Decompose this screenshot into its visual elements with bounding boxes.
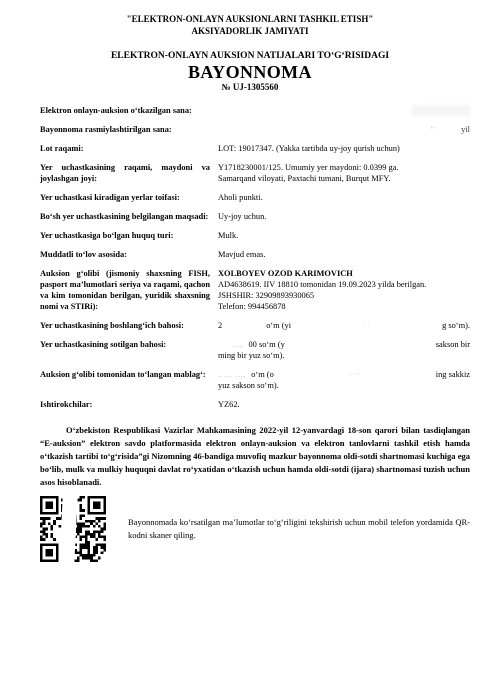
field-row-protocol-date: Bayonnoma rasmiylashtirilgan sana: ’’ yi… <box>40 124 470 135</box>
right-type-value: Mulk. <box>218 230 470 241</box>
winner-label: Auksion g‘olibi (jismoniy shaxsning FISH… <box>40 268 218 312</box>
parcel-value-line1: Y1718230001/125. Umumiy yer maydoni: 0.0… <box>218 162 470 173</box>
purpose-label: Bo‘sh yer uchastkasining belgilangan maq… <box>40 211 218 222</box>
lot-number-label: Lot raqami: <box>40 143 218 154</box>
organization-name-line1: "ELEKTRON-ONLAYN AUKSIONLARNI TASHKIL ET… <box>0 13 500 25</box>
redaction-remnant: · ·· <box>274 369 436 380</box>
sold-price-value-line2: ming bir yuz so‘m). <box>218 350 470 361</box>
redaction-remnant: ’’ <box>430 124 435 135</box>
installment-value: Mavjud emas. <box>218 249 470 260</box>
field-row-start-price: Yer uchastkasining boshlang‘ich bahosi: … <box>40 320 470 331</box>
parcel-value-line2: Samarqand viloyati, Paxtachi tumani, Bur… <box>218 173 470 184</box>
parcel-label: Yer uchastkasining raqami, maydoni va jo… <box>40 162 218 184</box>
start-price-fragment-2: o‘m (yi <box>266 320 291 331</box>
auction-date-label: Elektron onlayn-auksion o‘tkazilgan sana… <box>40 105 218 116</box>
qr-caption: Bayonnomada ko‘rsatilgan ma’lumotlar to‘… <box>128 516 470 542</box>
sold-price-label-wrap: Yer uchastkasining sotilgan bahosi: <box>40 339 218 361</box>
winner-jshshir: JSHSHIR: 32909893930065 <box>218 290 470 301</box>
start-price-fragment-3: g so‘m). <box>442 320 470 331</box>
right-type-label: Yer uchastkasiga bo‘lgan huquq turi: <box>40 230 218 241</box>
document-title: BAYONNOMA <box>0 62 500 82</box>
document-body: Elektron onlayn-auksion o‘tkazilgan sana… <box>0 105 500 562</box>
land-category-value: Aholi punkti. <box>218 192 470 203</box>
field-row-sold-price: Yer uchastkasining sotilgan bahosi: …, 0… <box>40 339 470 361</box>
sold-price-fragment-1: 00 so‘m (y <box>248 339 284 350</box>
paid-amount-value: .. … …, o‘m (o · ·· ing sakkiz yuz sakso… <box>218 369 470 391</box>
redaction-remnant: · · <box>291 320 442 331</box>
protocol-date-value: ’’ yil <box>218 124 470 135</box>
field-row-winner: Auksion g‘olibi (jismoniy shaxsning FISH… <box>40 268 470 312</box>
installment-label: Muddatli to‘lov asosida: <box>40 249 218 260</box>
document-header: "ELEKTRON-ONLAYN AUKSIONLARNI TASHKIL ET… <box>0 0 500 93</box>
document-subtitle: ELEKTRON-ONLAYN AUKSION NATIJALARI TO‘G‘… <box>0 50 500 62</box>
paid-amount-fragment-1: o‘m (o <box>251 369 274 380</box>
auction-date-value <box>218 105 470 116</box>
qr-code-box <box>40 496 106 562</box>
winner-phone: Telefon: 994456878 <box>218 301 470 312</box>
field-rows: Elektron onlayn-auksion o‘tkazilgan sana… <box>40 105 470 410</box>
sold-price-value-line1: …, 00 so‘m (y sakson bir <box>218 339 470 350</box>
organization-name-line2: AKSIYADORLIK JAMIYATI <box>0 25 500 37</box>
redaction-smudge <box>412 105 470 116</box>
sold-price-label: Yer uchastkasining sotilgan bahosi: <box>40 340 166 349</box>
paid-amount-value-line2: yuz sakson so‘m). <box>218 380 470 391</box>
start-price-label: Yer uchastkasining boshlang‘ich bahosi: <box>40 320 218 331</box>
sold-price-value: …, 00 so‘m (y sakson bir ming bir yuz so… <box>218 339 470 361</box>
field-row-parcel: Yer uchastkasining raqami, maydoni va jo… <box>40 162 470 184</box>
winner-value: XOLBOYEV OZOD KARIMOVICH AD4638619. IIV … <box>218 268 470 312</box>
start-price-fragment-1: 2 <box>218 320 222 331</box>
start-price-value: 2 o‘m (yi · · g so‘m). <box>218 320 470 331</box>
document-page: "ELEKTRON-ONLAYN AUKSIONLARNI TASHKIL ET… <box>0 0 500 699</box>
participants-value: YZ62. <box>218 399 470 410</box>
field-row-right-type: Yer uchastkasiga bo‘lgan huquq turi: Mul… <box>40 230 470 241</box>
field-row-installment: Muddatli to‘lov asosida: Mavjud emas. <box>40 249 470 260</box>
field-row-auction-date: Elektron onlayn-auksion o‘tkazilgan sana… <box>40 105 470 116</box>
paid-amount-fragment-2: ing sakkiz <box>436 369 470 380</box>
winner-passport: AD4638619. IIV 18810 tomonidan 19.09.202… <box>218 279 470 290</box>
field-row-lot-number: Lot raqami: LOT: 19017347. (Yakka tartib… <box>40 143 470 154</box>
field-row-land-category: Yer uchastkasi kiradigan yerlar toifasi:… <box>40 192 470 203</box>
field-row-participants: Ishtirokchilar: YZ62. <box>40 399 470 410</box>
protocol-date-label: Bayonnoma rasmiylashtirilgan sana: <box>40 124 218 135</box>
parcel-value: Y1718230001/125. Umumiy yer maydoni: 0.0… <box>218 162 470 184</box>
protocol-date-fragment: yil <box>461 124 470 135</box>
paid-amount-label: Auksion g‘olibi tomonidan to‘langan mabl… <box>40 369 218 391</box>
legal-paragraph: O‘zbekiston Respublikasi Vazirlar Mahkam… <box>40 424 470 489</box>
land-category-label: Yer uchastkasi kiradigan yerlar toifasi: <box>40 192 218 203</box>
field-row-purpose: Bo‘sh yer uchastkasining belgilangan maq… <box>40 211 470 222</box>
paid-amount-value-line1: .. … …, o‘m (o · ·· ing sakkiz <box>218 369 470 380</box>
document-number: № UJ-1305560 <box>0 82 500 93</box>
qr-section: Bayonnomada ko‘rsatilgan ma’lumotlar to‘… <box>40 496 470 562</box>
sold-price-fragment-2: sakson bir <box>436 339 470 350</box>
participants-label: Ishtirokchilar: <box>40 399 218 410</box>
redaction-remnant: .. … …, <box>218 369 245 380</box>
redaction-remnant: …, <box>232 339 242 350</box>
winner-name: XOLBOYEV OZOD KARIMOVICH <box>218 268 470 279</box>
field-row-paid-amount: Auksion g‘olibi tomonidan to‘langan mabl… <box>40 369 470 391</box>
purpose-value: Uy-joy uchun. <box>218 211 470 222</box>
lot-number-value: LOT: 19017347. (Yakka tartibda uy-joy qu… <box>218 143 470 154</box>
